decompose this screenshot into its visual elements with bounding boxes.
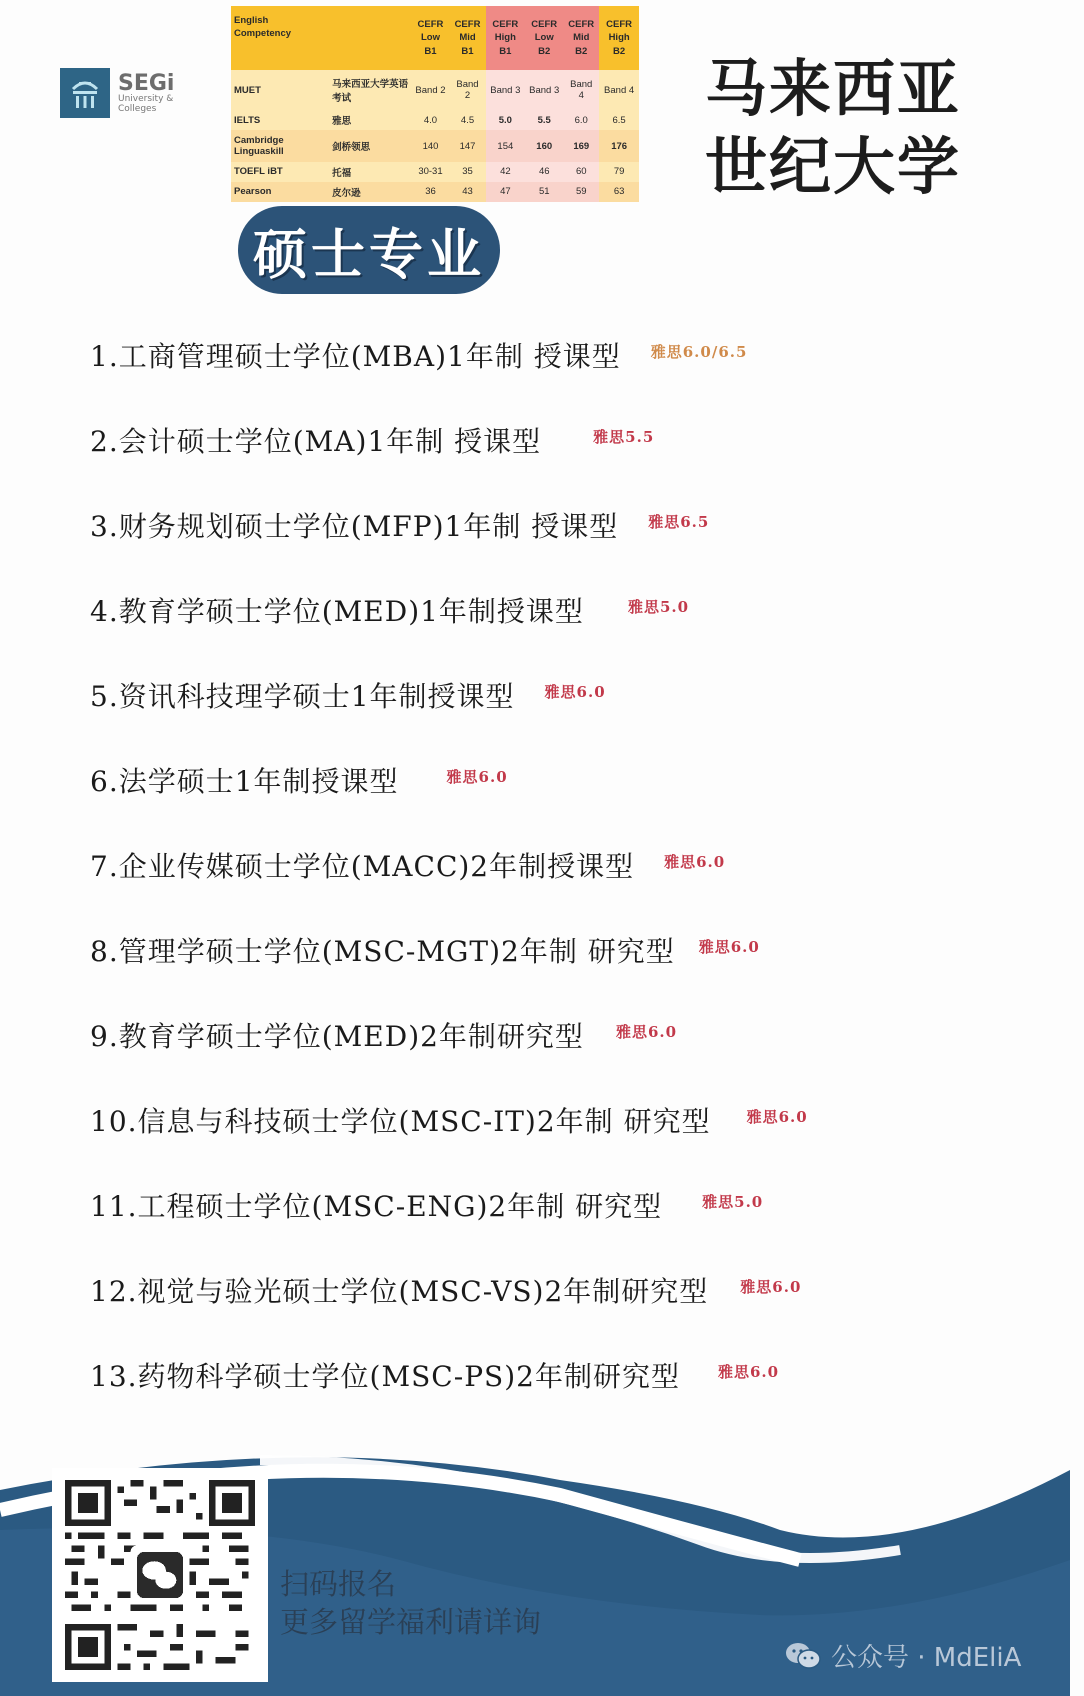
table-cell: 4.0 — [411, 110, 449, 130]
table-cell-test-zh: 托福 — [329, 162, 411, 182]
watermark-text: 公众号 · MdEliA — [831, 1637, 1021, 1674]
cta-line-2: 更多留学福利请详询 — [280, 1603, 541, 1641]
program-name: 2.会计硕士学位(MA)1年制 授课型 — [90, 420, 541, 460]
table-cell-test: IELTS — [231, 110, 329, 130]
program-name: 10.信息与科技硕士学位(MSC-IT)2年制 研究型 — [90, 1100, 711, 1140]
table-row: TOEFL iBT 托福 30-31 35 42 46 60 79 — [231, 162, 639, 182]
table-cell-test: Cambridge Linguaskill — [231, 130, 329, 162]
section-pill-masters: 硕士专业 — [238, 206, 500, 294]
table-cell: 43 — [450, 182, 486, 202]
ielts-requirement: 雅思6.0 — [664, 851, 725, 872]
program-name: 1.工商管理硕士学位(MBA)1年制 授课型 — [90, 335, 621, 375]
table-header-english-competency: English Competency — [231, 6, 329, 70]
table-cell: 6.0 — [563, 110, 599, 130]
table-cell: Band 2 — [450, 70, 486, 110]
table-cell: 36 — [411, 182, 449, 202]
table-cell: 35 — [450, 162, 486, 182]
table-cell: 6.5 — [599, 110, 639, 130]
segi-logo: SEGi University & Colleges — [60, 68, 174, 118]
table-cell: 42 — [486, 162, 526, 182]
ielts-requirement: 雅思6.0 — [447, 766, 508, 787]
table-cell: 5.0 — [486, 110, 526, 130]
list-item: 4.教育学硕士学位(MED)1年制授课型 雅思5.0 — [90, 590, 808, 675]
table-header-high-b2: CEFRHigh B2 — [599, 6, 639, 70]
program-name: 9.教育学硕士学位(MED)2年制研究型 — [90, 1015, 584, 1055]
table-cell: 63 — [599, 182, 639, 202]
table-cell: 176 — [599, 130, 639, 162]
scan-to-register-text: 扫码报名 更多留学福利请详询 — [280, 1565, 541, 1641]
list-item: 10.信息与科技硕士学位(MSC-IT)2年制 研究型 雅思6.0 — [90, 1100, 808, 1185]
program-name: 3.财务规划硕士学位(MFP)1年制 授课型 — [90, 505, 618, 545]
table-header-row: English Competency CEFRLow B1 CEFRMid B1… — [231, 6, 639, 70]
table-cell-test: TOEFL iBT — [231, 162, 329, 182]
table-header-blank — [329, 6, 411, 70]
building-dome-icon — [60, 68, 110, 118]
ielts-requirement: 雅思6.0 — [747, 1106, 808, 1127]
program-name: 11.工程硕士学位(MSC-ENG)2年制 研究型 — [90, 1185, 662, 1225]
cta-line-1: 扫码报名 — [280, 1565, 541, 1603]
table-row: Pearson 皮尔逊 36 43 47 51 59 63 — [231, 182, 639, 202]
table-header-mid-b1: CEFRMid B1 — [450, 6, 486, 70]
wechat-icon — [785, 1641, 821, 1671]
table-cell: 4.5 — [450, 110, 486, 130]
list-item: 3.财务规划硕士学位(MFP)1年制 授课型 雅思6.5 — [90, 505, 808, 590]
table-cell: 79 — [599, 162, 639, 182]
table-row: MUET 马来西亚大学英语考试 Band 2 Band 2 Band 3 Ban… — [231, 70, 639, 110]
table-cell: Band 4 — [563, 70, 599, 110]
wechat-account-watermark: 公众号 · MdEliA — [785, 1637, 1021, 1674]
ielts-requirement: 雅思5.0 — [702, 1191, 763, 1212]
table-cell: 30-31 — [411, 162, 449, 182]
table-cell-test-zh: 雅思 — [329, 110, 411, 130]
program-name: 8.管理学硕士学位(MSC-MGT)2年制 研究型 — [90, 930, 675, 970]
ielts-requirement: 雅思6.0 — [740, 1276, 801, 1297]
table-cell: 169 — [563, 130, 599, 162]
table-cell: 46 — [525, 162, 563, 182]
university-title: 马来西亚 世纪大学 — [705, 50, 961, 206]
list-item: 12.视觉与验光硕士学位(MSC-VS)2年制研究型 雅思6.0 — [90, 1270, 808, 1355]
table-cell: Band 4 — [599, 70, 639, 110]
ielts-requirement: 雅思5.5 — [593, 426, 654, 447]
table-cell-test-zh: 马来西亚大学英语考试 — [329, 70, 411, 110]
program-list: 1.工商管理硕士学位(MBA)1年制 授课型 雅思6.0/6.5 2.会计硕士学… — [90, 335, 808, 1440]
list-item: 7.企业传媒硕士学位(MACC)2年制授课型 雅思6.0 — [90, 845, 808, 930]
program-name: 12.视觉与验光硕士学位(MSC-VS)2年制研究型 — [90, 1270, 708, 1310]
table-cell: 160 — [525, 130, 563, 162]
title-line-1: 马来西亚 — [705, 50, 961, 128]
logo-name: SEGi — [118, 72, 174, 95]
program-name: 4.教育学硕士学位(MED)1年制授课型 — [90, 590, 584, 630]
list-item: 1.工商管理硕士学位(MBA)1年制 授课型 雅思6.0/6.5 — [90, 335, 808, 420]
table-cell-test: Pearson — [231, 182, 329, 202]
table-cell: 140 — [411, 130, 449, 162]
ielts-requirement: 雅思6.0 — [718, 1361, 779, 1382]
table-row: IELTS 雅思 4.0 4.5 5.0 5.5 6.0 6.5 — [231, 110, 639, 130]
table-cell: 60 — [563, 162, 599, 182]
qr-code-icon — [65, 1480, 255, 1670]
table-header-low-b1: CEFRLow B1 — [411, 6, 449, 70]
ielts-requirement: 雅思6.0 — [545, 681, 606, 702]
list-item: 13.药物科学硕士学位(MSC-PS)2年制研究型 雅思6.0 — [90, 1355, 808, 1440]
table-cell-test: MUET — [231, 70, 329, 110]
program-name: 13.药物科学硕士学位(MSC-PS)2年制研究型 — [90, 1355, 680, 1395]
table-cell: 59 — [563, 182, 599, 202]
title-line-2: 世纪大学 — [705, 128, 961, 206]
table-cell: Band 3 — [486, 70, 526, 110]
list-item: 5.资讯科技理学硕士1年制授课型 雅思6.0 — [90, 675, 808, 760]
table-cell: 47 — [486, 182, 526, 202]
list-item: 2.会计硕士学位(MA)1年制 授课型 雅思5.5 — [90, 420, 808, 505]
table-cell-test-zh: 剑桥领思 — [329, 130, 411, 162]
ielts-requirement: 雅思6.5 — [648, 511, 709, 532]
table-cell: 51 — [525, 182, 563, 202]
ielts-requirement: 雅思6.0 — [616, 1021, 677, 1042]
table-cell-test-zh: 皮尔逊 — [329, 182, 411, 202]
program-name: 7.企业传媒硕士学位(MACC)2年制授课型 — [90, 845, 634, 885]
table-cell: 5.5 — [525, 110, 563, 130]
table-header-high-b1: CEFRHigh B1 — [486, 6, 526, 70]
ielts-requirement: 雅思6.0/6.5 — [651, 341, 748, 362]
logo-subtitle-2: Colleges — [118, 105, 174, 114]
program-name: 6.法学硕士1年制授课型 — [90, 760, 399, 800]
program-name: 5.资讯科技理学硕士1年制授课型 — [90, 675, 515, 715]
wechat-qr-code[interactable] — [52, 1468, 268, 1682]
table-header-low-b2: CEFRLow B2 — [525, 6, 563, 70]
table-cell: Band 2 — [411, 70, 449, 110]
table-cell: 147 — [450, 130, 486, 162]
list-item: 11.工程硕士学位(MSC-ENG)2年制 研究型 雅思5.0 — [90, 1185, 808, 1270]
table-row: Cambridge Linguaskill 剑桥领思 140 147 154 1… — [231, 130, 639, 162]
list-item: 9.教育学硕士学位(MED)2年制研究型 雅思6.0 — [90, 1015, 808, 1100]
table-cell: 154 — [486, 130, 526, 162]
ielts-requirement: 雅思5.0 — [628, 596, 689, 617]
ielts-requirement: 雅思6.0 — [699, 936, 760, 957]
table-header-mid-b2: CEFRMid B2 — [563, 6, 599, 70]
english-competency-table: English Competency CEFRLow B1 CEFRMid B1… — [231, 6, 639, 202]
list-item: 8.管理学硕士学位(MSC-MGT)2年制 研究型 雅思6.0 — [90, 930, 808, 1015]
list-item: 6.法学硕士1年制授课型 雅思6.0 — [90, 760, 808, 845]
table-cell: Band 3 — [525, 70, 563, 110]
